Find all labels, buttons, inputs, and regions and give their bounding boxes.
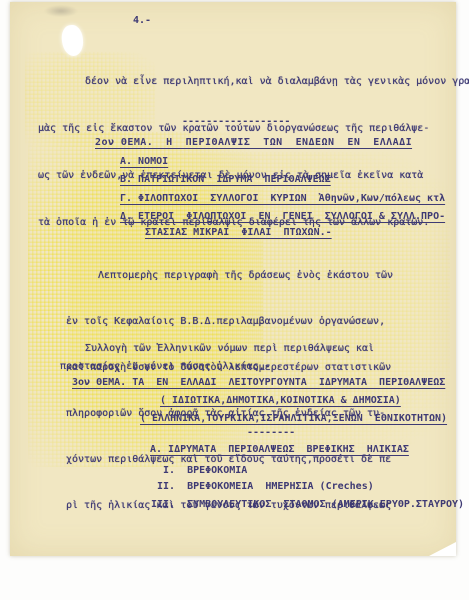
separator-line: ------------------ [182, 115, 290, 129]
text-line: προστασίας ἐν γένει πάσης ἡλικίας.- [60, 360, 271, 374]
theme3-subtitle-nationalities: ( ΕΛΛΗΝΙΚΑ,ΤΟΥΡΚΙΚΑ,ΙΣΡΑΗΛΙΤΙΚΑ,ΞΕΝΩΝ ΕΘ… [140, 412, 447, 426]
text-line: ἐν τοῖς Κεφαλαίοις Β.Β.Δ.περιλαμβανομένω… [66, 315, 446, 333]
list-item-d: Δ. ΕΤΕΡΟΙ ΦΙΛΟΠΤΩΧΟΙ ΕΝ ΓΕΝΕΙ ΣΥΛΛΟΓΟΙ &… [120, 210, 445, 224]
separator-line: -------- [247, 426, 295, 440]
list-item-b: Β. ΠΑΤΡΙΩΤΙΚΟΝ ΙΔΡΥΜΑ ΠΕΡΙΘΑΛΨΕΩΣ [120, 173, 331, 187]
pencil-mark [44, 5, 78, 17]
theme3-heading: 3ον ΘΕΜΑ. ΤΑ ΕΝ ΕΛΛΑΔΙ ΛΕΙΤΟΥΡΓΟΥΝΤΑ ΙΔΡ… [72, 376, 445, 390]
roman-list-item-3: III. ΣΥΜΒΟΥΛΕΥΤΙΚΟΣ ΣΤΑΘΜΟΣ (ΑΜΕΡΙΚ.ΕΡΥΘ… [151, 498, 464, 512]
page-number: 4.- [133, 14, 151, 28]
theme3-subtitle-types: ( ΙΔΙΩΤΙΚΑ,ΔΗΜΟΤΙΚΑ,ΚΟΙΝΟΤΙΚΑ & ΔΗΜΟΣΙΑ) [160, 394, 401, 408]
text-line: Συλλογὴ τῶν Ἑλληνικῶν νόμων περὶ περιθάλ… [85, 342, 374, 356]
theme2-heading: 2ον ΘΕΜΑ. Η ΠΕΡΙΘΑΛΨΙΣ ΤΩΝ ΕΝΔΕΩΝ ΕΝ ΕΛΛ… [95, 136, 412, 150]
list-item-a: Α. ΝΟΜΟΙ [120, 155, 168, 169]
text-line: Λεπτομερὴς περιγραφὴ τῆς δράσεως ἑνὸς ἑκ… [66, 269, 446, 287]
section-a-heading: Α. ΙΔΡΥΜΑΤΑ ΠΕΡΙΘΑΛΨΕΩΣ ΒΡΕΦΙΚΗΣ ΗΛΙΚΙΑΣ [150, 443, 409, 457]
document-page: 4.- δέον νὰ εἶνε περιληπτική,καὶ νὰ διαλ… [10, 2, 456, 556]
list-item-d-continuation: ΣΤΑΣΙΑΣ ΜΙΚΡΑΙ ΦΙΛΑΙ ΠΤΩΧΩΝ.- [145, 226, 332, 240]
roman-list-item-2: II. ΒΡΕΦΟΚΟΜΕΙΑ ΗΜΕΡΗΣΙΑ (Creches) [157, 480, 374, 494]
text-line: δέον νὰ εἶνε περιληπτική,καὶ νὰ διαλαμβά… [38, 75, 452, 94]
list-item-c: Γ. ΦΙΛΟΠΤΩΧΟΙ ΣΥΛΛΟΓΟΙ ΚΥΡΙΩΝ Ἀθηνῶν,Κων… [120, 192, 445, 206]
roman-list-item-1: I. ΒΡΕΦΟΚΟΜΙΑ [163, 464, 247, 478]
screenshot-root: 4.- δέον νὰ εἶνε περιληπτική,καὶ νὰ διαλ… [0, 0, 469, 600]
